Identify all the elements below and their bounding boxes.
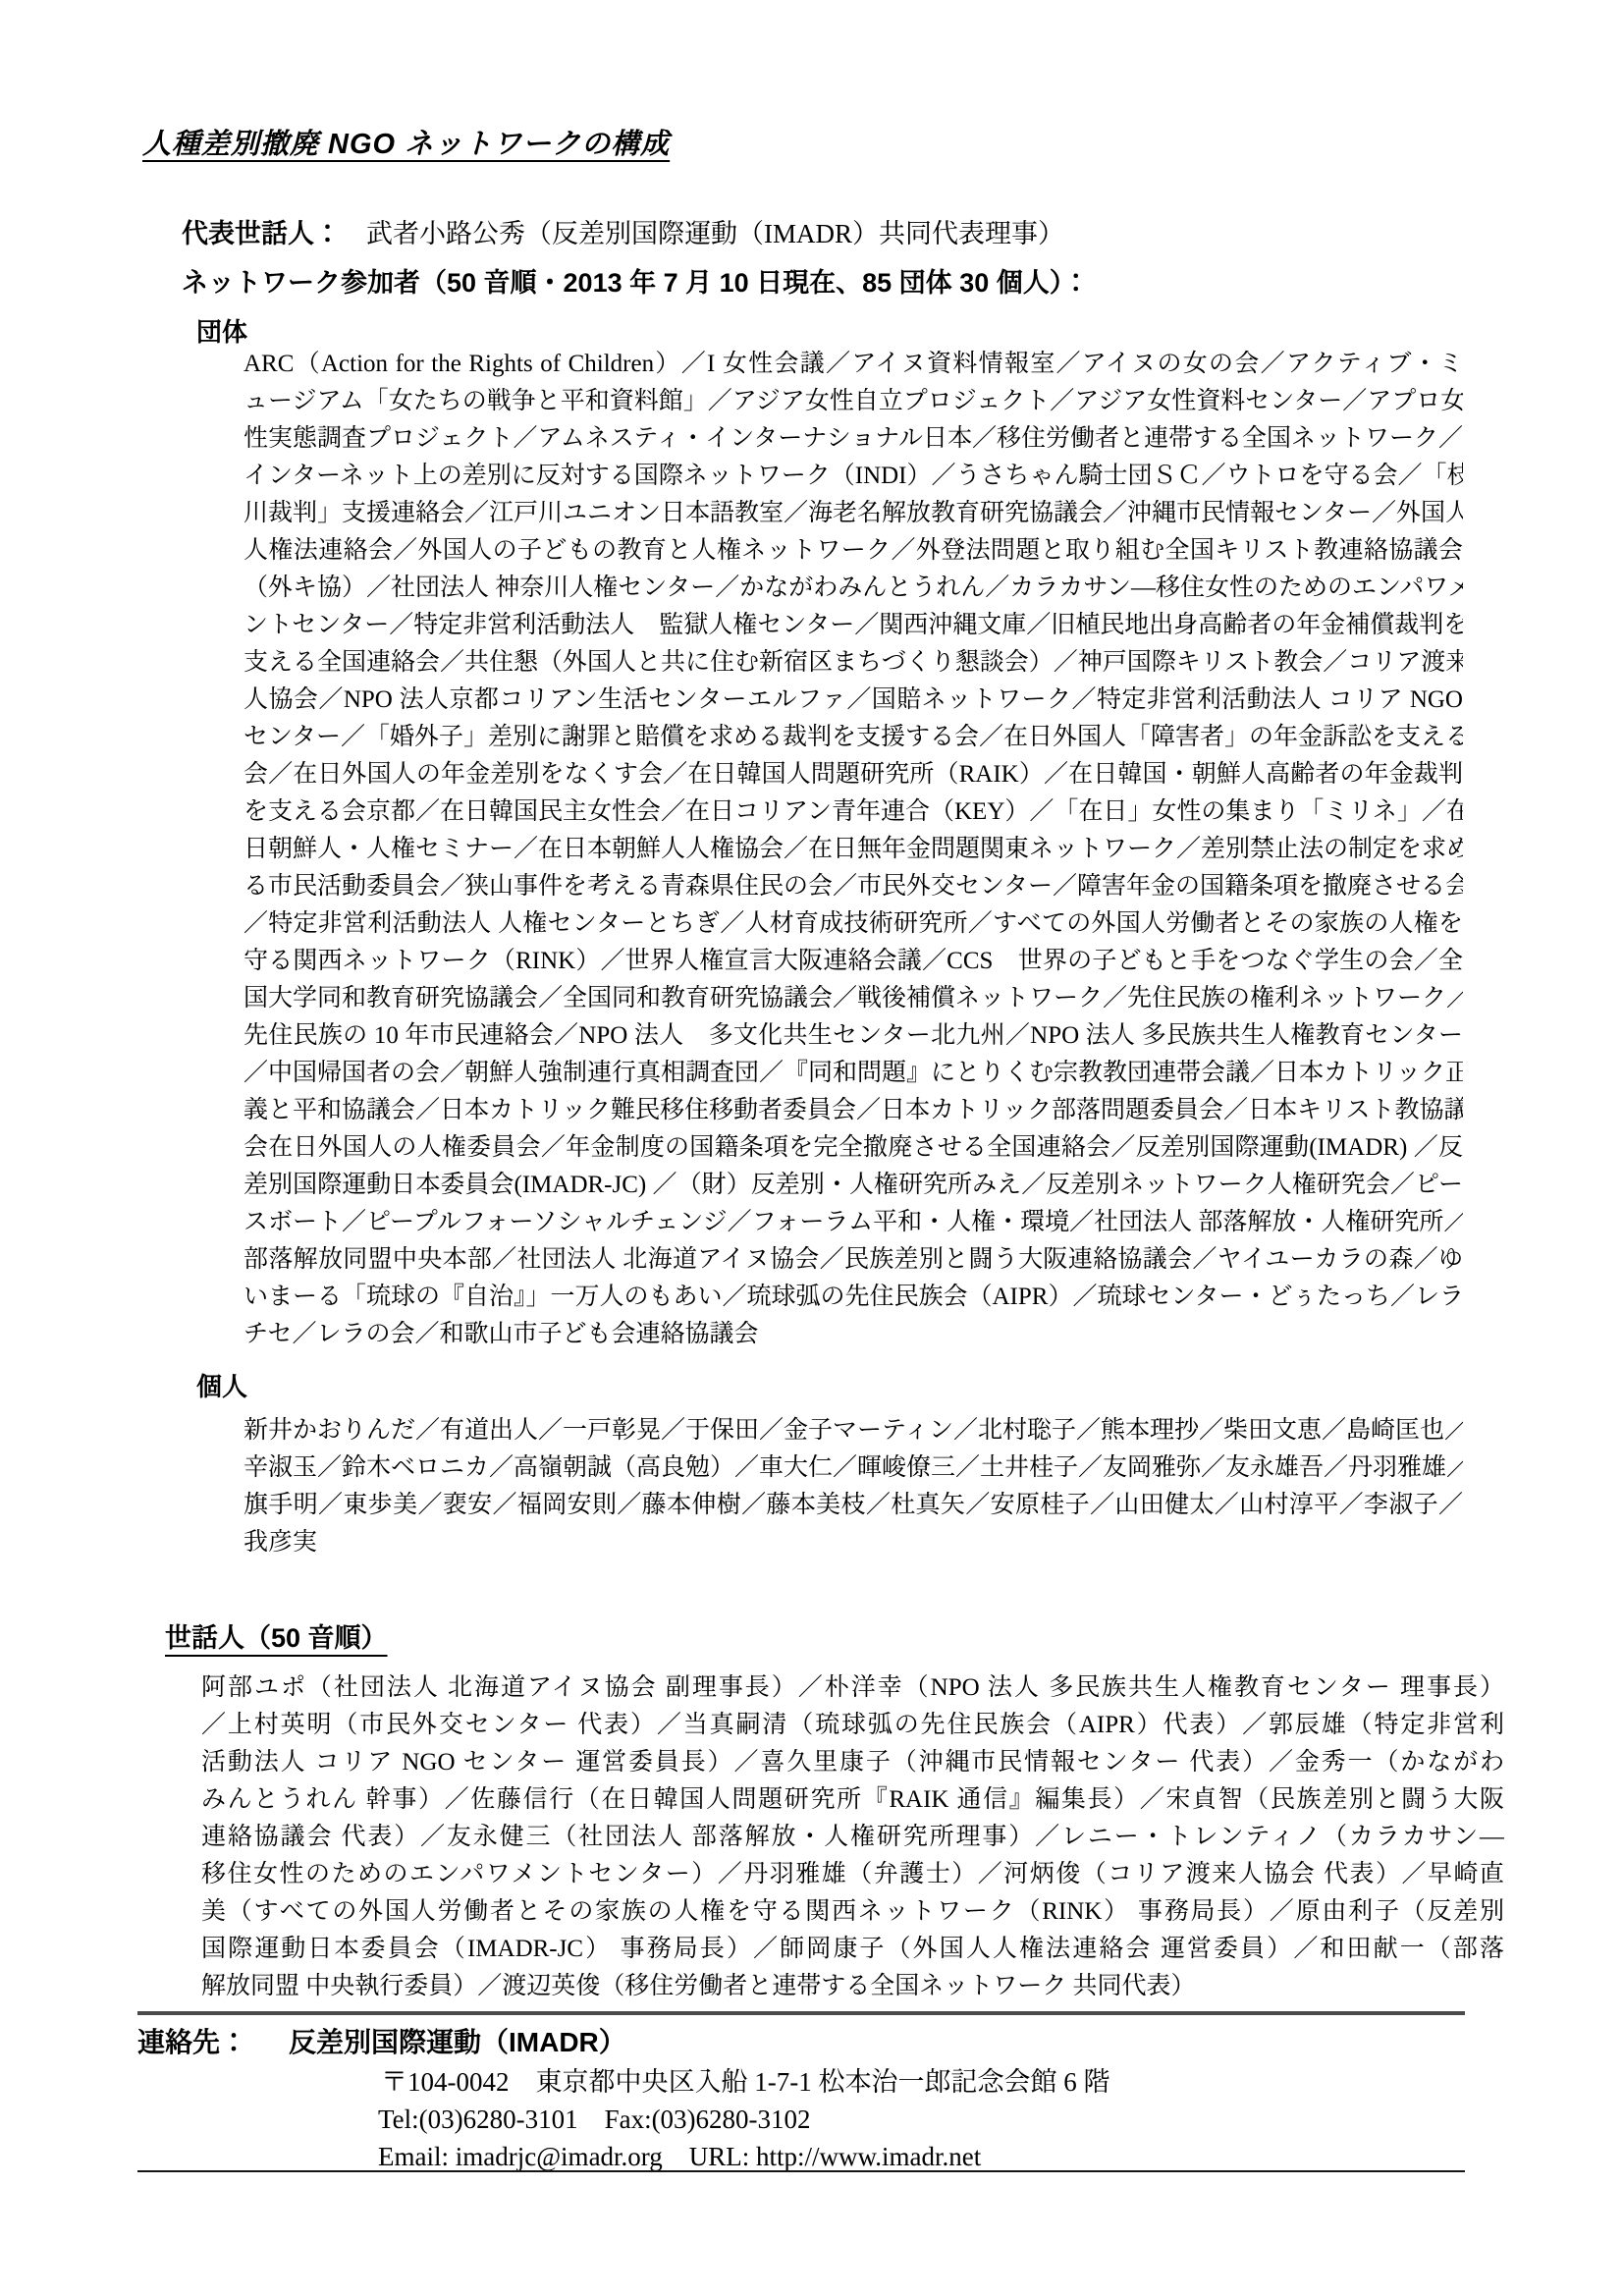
individuals-list: 新井かおりんだ／有道出人／一戸彰晃／于保田／金子マーティン／北村聡子／熊本理抄／… — [243, 1412, 1463, 1561]
text-line: 人権法連絡会／外国人の子どもの教育と人権ネットワーク／外登法問題と取り組む全国キ… — [243, 532, 1463, 570]
text-line: いまーる「琉球の『自治』」一万人のもあい／琉球弧の先住民族会（AIPR）／琉球セ… — [243, 1279, 1463, 1316]
text-line: 辛淑玉／鈴木ベロニカ／高嶺朝誠（高良勉）／車大仁／暉峻僚三／土井桂子／友岡雅弥／… — [243, 1449, 1463, 1487]
text-line: 人協会／NPO 法人京都コリアン生活センターエルファ／国賠ネットワーク／特定非営… — [243, 682, 1463, 719]
text-line: 日朝鮮人・人権セミナー／在日本朝鮮人人権協会／在日無年金問題関東ネットワーク／差… — [243, 831, 1463, 868]
text-line: 連絡協議会 代表）／友永健三（社団法人 部落解放・人権研究所理事）／レニー・トレ… — [201, 1819, 1504, 1856]
text-line: チセ／レラの会／和歌山市子ども会連絡協議会 — [243, 1316, 1463, 1353]
text-line: 美（すべての外国人労働者とその家族の人権を守る関西ネットワーク（RINK） 事務… — [201, 1893, 1504, 1931]
text-line: スボート／ピープルフォーソシャルチェンジ／フォーラム平和・人権・環境／社団法人 … — [243, 1204, 1463, 1241]
text-line: 守る関西ネットワーク（RINK）／世界人権宣言大阪連絡会議／CCS 世界の子ども… — [243, 943, 1463, 980]
contact-tel-fax: Tel:(03)6280-3101 Fax:(03)6280-3102 — [378, 2098, 811, 2136]
text-line: 川裁判」支援連絡会／江戸川ユニオン日本語教室／海老名解放教育研究協議会／沖縄市民… — [243, 495, 1463, 532]
text-line: インターネット上の差別に反対する国際ネットワーク（INDI）／うさちゃん騎士団Ｓ… — [243, 458, 1463, 495]
text-line: 会在日外国人の人権委員会／年金制度の国籍条項を完全撤廃させる全国連絡会／反差別国… — [243, 1129, 1463, 1167]
text-line: 国大学同和教育研究協議会／全国同和教育研究協議会／戦後補償ネットワーク／先住民族… — [243, 980, 1463, 1017]
text-line: を支える会京都／在日韓国民主女性会／在日コリアン青年連合（KEY）／「在日」女性… — [243, 793, 1463, 831]
contact-label: 連絡先： — [137, 2027, 247, 2057]
organizations-list: ARC（Action for the Rights of Children）／I… — [243, 346, 1463, 1353]
divider-thin — [137, 2170, 1465, 2172]
text-line: ／上村英明（市民外交センター 代表）／当真嗣清（琉球弧の先住民族会（AIPR）代… — [201, 1707, 1504, 1744]
representative-value: 武者小路公秀（反差別国際運動（IMADR）共同代表理事） — [366, 219, 1064, 248]
text-line: 会／在日外国人の年金差別をなくす会／在日韓国人問題研究所（RAIK）／在日韓国・… — [243, 756, 1463, 793]
text-line: （外キ協）／社団法人 神奈川人権センター／かながわみんとうれん／カラカサン―移住… — [243, 570, 1463, 607]
text-line: 差別国際運動日本委員会(IMADR-JC) ／（財）反差別・人権研究所みえ／反差… — [243, 1167, 1463, 1204]
text-line: 旗手明／東歩美／裵安／福岡安則／藤本伸樹／藤本美枝／杜真矢／安原桂子／山田健太／… — [243, 1487, 1463, 1524]
text-line: 我彦実 — [243, 1524, 1463, 1561]
text-line: 阿部ユポ（社団法人 北海道アイヌ協会 副理事長）／朴洋幸（NPO 法人 多民族共… — [201, 1669, 1504, 1707]
text-line: ARC（Action for the Rights of Children）／I… — [243, 346, 1463, 383]
contact-email-url: Email: imadrjc@imadr.org URL: http://www… — [378, 2135, 981, 2173]
representative-line: 代表世話人：武者小路公秀（反差別国際運動（IMADR）共同代表理事） — [182, 212, 1064, 250]
text-line: る市民活動委員会／狭山事件を考える青森県住民の会／市民外交センター／障害年金の国… — [243, 868, 1463, 905]
text-line: 国際運動日本委員会（IMADR-JC） 事務局長）／師岡康子（外国人人権法連絡会… — [201, 1931, 1504, 1968]
document-title: 人種差別撤廃 NGO ネットワークの構成 — [142, 122, 670, 162]
participants-heading: ネットワーク参加者（50 音順・2013 年 7 月 10 日現在、85 団体 … — [182, 261, 1089, 300]
text-line: 新井かおりんだ／有道出人／一戸彰晃／于保田／金子マーティン／北村聡子／熊本理抄／… — [243, 1412, 1463, 1449]
text-line: ントセンター／特定非営利活動法人 監獄人権センター／関西沖縄文庫／旧植民地出身高… — [243, 607, 1463, 644]
text-line: 支える全国連絡会／共住懇（外国人と共に住む新宿区まちづくり懇談会）／神戸国際キリ… — [243, 644, 1463, 682]
text-line: 性実態調査プロジェクト／アムネスティ・インターナショナル日本／移住労働者と連帯す… — [243, 420, 1463, 458]
text-line: 義と平和協議会／日本カトリック難民移住移動者委員会／日本カトリック部落問題委員会… — [243, 1092, 1463, 1129]
divider-heavy — [137, 2011, 1465, 2015]
contact-postal-address: 〒104-0042 東京都中央区入船 1-7-1 松本治一郎記念会館 6 階 — [381, 2060, 1109, 2099]
text-line: センター／「婚外子」差別に謝罪と賠償を求める裁判を支援する会／在日外国人「障害者… — [243, 719, 1463, 756]
text-line: みんとうれん 幹事）／佐藤信行（在日韓国人問題研究所『RAIK 通信』編集長）／… — [201, 1781, 1504, 1819]
contact-line: 連絡先：反差別国際運動（IMADR） — [137, 2021, 626, 2060]
document-page: 人種差別撤廃 NGO ネットワークの構成 代表世話人：武者小路公秀（反差別国際運… — [0, 0, 1623, 2296]
organizations-heading: 団体 — [196, 312, 247, 349]
individuals-heading: 個人 — [196, 1367, 247, 1403]
representative-label: 代表世話人： — [182, 219, 341, 248]
contact-org: 反差別国際運動（IMADR） — [289, 2027, 626, 2057]
text-line: ／中国帰国者の会／朝鮮人強制連行真相調査団／『同和問題』にとりくむ宗教教団連帯会… — [243, 1055, 1463, 1092]
text-line: ュージアム「女たちの戦争と平和資料館」／アジア女性自立プロジェクト／アジア女性資… — [243, 383, 1463, 420]
text-line: 部落解放同盟中央本部／社団法人 北海道アイヌ協会／民族差別と闘う大阪連絡協議会／… — [243, 1241, 1463, 1279]
text-line: 解放同盟 中央執行委員）／渡辺英俊（移住労働者と連帯する全国ネットワーク 共同代… — [201, 1968, 1504, 2005]
text-line: 移住女性のためのエンパワメントセンター）／丹羽雅雄（弁護士）／河炳俊（コリア渡来… — [201, 1856, 1504, 1893]
caretakers-list: 阿部ユポ（社団法人 北海道アイヌ協会 副理事長）／朴洋幸（NPO 法人 多民族共… — [201, 1669, 1504, 2005]
caretakers-heading: 世話人（50 音順） — [165, 1616, 388, 1655]
text-line: 先住民族の 10 年市民連絡会／NPO 法人 多文化共生センター北九州／NPO … — [243, 1017, 1463, 1055]
text-line: ／特定非営利活動法人 人権センターとちぎ／人材育成技術研究所／すべての外国人労働… — [243, 905, 1463, 943]
text-line: 活動法人 コリア NGO センター 運営委員長）／喜久里康子（沖縄市民情報センタ… — [201, 1744, 1504, 1781]
